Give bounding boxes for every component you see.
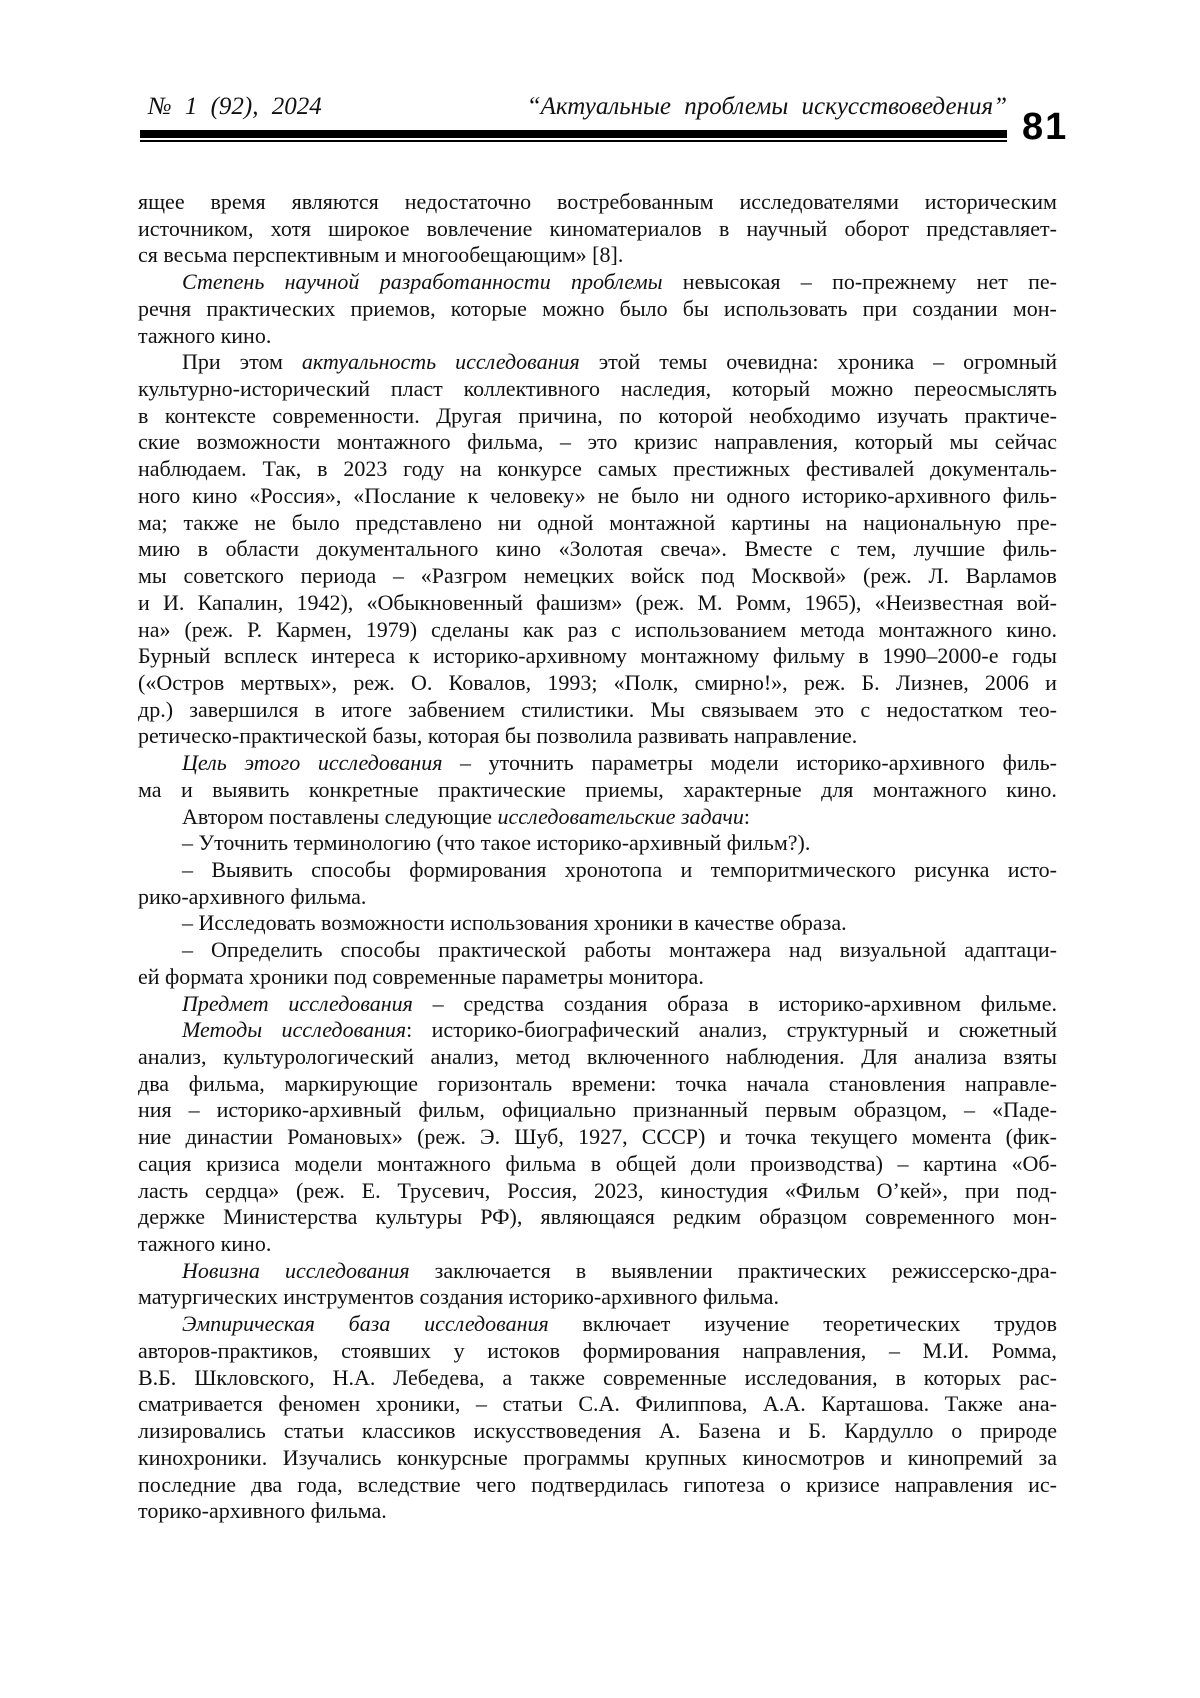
word: феномен xyxy=(278,1391,360,1418)
word: и xyxy=(181,777,193,804)
word: стоявших xyxy=(341,1338,431,1365)
word: Эмпирическая xyxy=(182,1311,315,1338)
text-line: на»(реж.Р.Кармен,1979)сделаныкакразсиспо… xyxy=(138,617,1057,644)
word: за xyxy=(1039,1445,1057,1472)
word: первым xyxy=(765,1097,837,1124)
text-line: кинохроники.Изучалиськонкурсныепрограммы… xyxy=(138,1445,1057,1472)
word: реж. xyxy=(353,670,394,697)
word: которых xyxy=(924,1365,1001,1392)
word: культурологический xyxy=(223,1044,414,1071)
word: Новизна xyxy=(182,1258,260,1285)
word: по-прежнему xyxy=(832,269,956,296)
word: пре- xyxy=(1017,510,1057,537)
word: к xyxy=(409,643,420,670)
word: направления xyxy=(895,1472,1013,1499)
text-line: Предметисследования–средствасозданияобра… xyxy=(138,991,1057,1018)
word: направления, xyxy=(743,1338,867,1365)
text-line: Приэтомактуальностьисследованияэтойтемыо… xyxy=(138,349,1057,376)
word: авторов-практиков, xyxy=(138,1338,318,1365)
word: филь- xyxy=(1003,536,1057,563)
text-line: иИ.Капалин,1942),«Обыкновенныйфашизм»(ре… xyxy=(138,590,1057,617)
word: Предмет xyxy=(182,991,269,1018)
word: структурный xyxy=(787,1017,908,1044)
word: производства) xyxy=(750,1151,883,1178)
text-line: маивыявитьконкретныепрактическиеприемы,х… xyxy=(138,777,1057,804)
word: можно xyxy=(831,376,893,403)
word: практических xyxy=(738,1258,867,1285)
word: (реж. xyxy=(863,563,912,590)
word: «Паде- xyxy=(992,1097,1057,1124)
word: Р. xyxy=(247,617,262,644)
word: держке xyxy=(138,1204,205,1231)
word: (реж. xyxy=(296,1178,345,1205)
word: хотя xyxy=(271,216,311,243)
word: Также xyxy=(945,1391,1003,1418)
text-line: Новизнаисследованиязаключаетсяввыявлении… xyxy=(138,1258,1057,1285)
word: мы xyxy=(138,563,167,590)
text-line: культурно-историческийпластколлективного… xyxy=(138,376,1057,403)
word: историко-архивному xyxy=(433,643,627,670)
word: режиссерско-дра- xyxy=(892,1258,1057,1285)
word: завершился xyxy=(189,697,298,724)
text-line: мысоветскогопериода–«Разгромнемецкихвойс… xyxy=(138,563,1057,590)
word: коллективного xyxy=(464,376,600,403)
word: статьи xyxy=(284,1418,344,1445)
word: классиков xyxy=(362,1418,456,1445)
word: «Обыкновенный xyxy=(367,590,523,617)
word: кинохроники. xyxy=(138,1445,267,1472)
word: и xyxy=(138,590,150,617)
text-line: Эмпирическаябазаисследованиявключаетизуч… xyxy=(138,1311,1057,1338)
word: Вместе xyxy=(744,536,812,563)
text-line: ся весьма перспективным и многообещающим… xyxy=(138,242,1057,269)
word: И. xyxy=(163,590,184,617)
word: модели xyxy=(711,750,779,777)
word: и xyxy=(720,1124,732,1151)
text-line: –Выявитьспособыформированияхронотопаитем… xyxy=(138,857,1057,884)
word: начала xyxy=(747,1071,809,1098)
word: фильма xyxy=(506,1151,577,1178)
word: – xyxy=(898,1151,909,1178)
word: статьи xyxy=(503,1391,563,1418)
word: Ромм, xyxy=(736,590,792,617)
word: – xyxy=(933,349,944,376)
word: бы xyxy=(683,296,709,323)
word: советского xyxy=(183,563,283,590)
word: включает xyxy=(583,1311,671,1338)
word: создании xyxy=(912,296,997,323)
word: образа xyxy=(667,991,728,1018)
word: этой xyxy=(599,349,641,376)
italic-text-segment: исследовательские задачи xyxy=(498,804,744,829)
word: под- xyxy=(1016,1178,1057,1205)
word: ящее xyxy=(138,189,185,216)
word: забвением xyxy=(408,697,505,724)
word: хроники, xyxy=(376,1391,461,1418)
word: 1993; xyxy=(547,670,597,697)
word: использовать xyxy=(724,296,848,323)
text-segment: тажного кино. xyxy=(138,1231,271,1256)
word: рисунка xyxy=(914,857,989,884)
text-line: торико-архивного фильма. xyxy=(138,1498,1057,1525)
word: фильме. xyxy=(981,991,1057,1018)
word: Лизнев, xyxy=(896,670,969,697)
word: научной xyxy=(285,269,360,296)
text-line: Бурныйвсплескинтересакисторико-архивному… xyxy=(138,643,1057,670)
word: было xyxy=(620,296,668,323)
word: точка xyxy=(676,1071,727,1098)
word: точка xyxy=(746,1124,797,1151)
word: которой xyxy=(658,403,732,430)
word: 2023 xyxy=(343,456,387,483)
word: включенного xyxy=(587,1044,710,1071)
word: О’кей», xyxy=(877,1178,948,1205)
word: чего xyxy=(476,1472,516,1499)
word: способы xyxy=(340,937,420,964)
word: др.) xyxy=(138,697,173,724)
word: Лебедева, xyxy=(393,1365,484,1392)
word: монтажного xyxy=(337,429,451,456)
word: причина, xyxy=(518,403,602,430)
word: этом xyxy=(240,349,283,376)
word: теоретических xyxy=(823,1311,960,1338)
word: сейчас xyxy=(995,429,1057,456)
word: и xyxy=(680,857,692,884)
word: возможности xyxy=(197,429,321,456)
text-line: ластьсердца»(реж.Е.Трусевич,Россия,2023,… xyxy=(138,1178,1057,1205)
word: нет xyxy=(977,269,1008,296)
text-line: Методыисследования:историко-биографическ… xyxy=(138,1017,1057,1044)
word: Шуб, xyxy=(514,1124,564,1151)
word: кино. xyxy=(1006,777,1057,804)
text-segment: – Уточнить терминологию (что такое истор… xyxy=(182,830,810,855)
word: культуры xyxy=(376,1204,463,1231)
word: и xyxy=(1045,670,1057,697)
text-line: ретическо-практической базы, которая бы … xyxy=(138,723,1057,750)
word: Э. xyxy=(480,1124,500,1151)
word: метода xyxy=(800,617,864,644)
word: также xyxy=(530,1365,585,1392)
word: монтажного xyxy=(873,777,987,804)
word: искусствоведения xyxy=(473,1418,641,1445)
word: человеку» xyxy=(490,483,586,510)
word: самых xyxy=(598,456,658,483)
word: М. xyxy=(697,590,722,617)
header-issue-label: № 1 (92), 2024 xyxy=(148,92,322,122)
word: исследования, xyxy=(745,1365,878,1392)
text-line: рико-архивного фильма. xyxy=(138,884,1057,911)
word: в xyxy=(858,643,868,670)
word: – xyxy=(189,1097,200,1124)
word: Карташова. xyxy=(821,1391,929,1418)
word: фестивалей xyxy=(806,456,914,483)
word: киноматериалов xyxy=(550,216,702,243)
word: года, xyxy=(297,1472,342,1499)
word: формирования xyxy=(409,857,546,884)
word: модели xyxy=(294,1151,362,1178)
word: раз xyxy=(568,617,597,644)
word: адаптаци- xyxy=(964,937,1057,964)
text-segment: – Исследовать возможности использования … xyxy=(182,910,847,935)
word: Выявить xyxy=(211,857,292,884)
word: выявить xyxy=(212,777,289,804)
word: картина xyxy=(923,1151,997,1178)
word: современности. xyxy=(272,403,419,430)
word: ласть xyxy=(138,1178,188,1205)
text-line: авторов-практиков,стоявшихуистоковформир… xyxy=(138,1338,1057,1365)
word: к xyxy=(467,483,478,510)
word: характерные xyxy=(683,777,801,804)
text-line: сматриваетсяфеноменхроники,–статьиС.А.Фи… xyxy=(138,1391,1057,1418)
word: представляет- xyxy=(926,216,1057,243)
word: под xyxy=(701,563,734,590)
text-line: др.)завершилсявитогезабвениемстилистики.… xyxy=(138,697,1057,724)
word: (реж. xyxy=(184,617,233,644)
word: культурно-исторический xyxy=(138,376,370,403)
word: доли xyxy=(691,1151,736,1178)
word: ис- xyxy=(1028,1472,1057,1499)
word: одной xyxy=(537,510,593,537)
word: «Об- xyxy=(1012,1151,1057,1178)
word: момента xyxy=(912,1124,992,1151)
word: пе- xyxy=(1028,269,1057,296)
word: (фик- xyxy=(1006,1124,1057,1151)
word: 1979) xyxy=(366,617,417,644)
word: общей xyxy=(616,1151,677,1178)
word: сматривается xyxy=(138,1391,263,1418)
word: Для xyxy=(861,1044,897,1071)
word: ма; xyxy=(138,510,168,537)
word: наследия, xyxy=(621,376,711,403)
word: работы xyxy=(584,937,651,964)
word: недостатком xyxy=(886,697,1003,724)
word: М.И. xyxy=(923,1338,969,1365)
word: историко-архивном xyxy=(778,991,961,1018)
word: – xyxy=(801,269,812,296)
word: приемы, xyxy=(585,777,664,804)
word: гипотеза xyxy=(683,1472,764,1499)
word: мертвых», xyxy=(240,670,337,697)
word: Бурный xyxy=(138,643,210,670)
word: Изучались xyxy=(283,1445,382,1472)
text-line: источником,хотяширокоевовлечениекиномате… xyxy=(138,216,1057,243)
word: исследователями xyxy=(739,189,898,216)
word: необходимо xyxy=(749,403,860,430)
word: интереса xyxy=(311,643,395,670)
text-line: ма;такженебылопредставленониодноймонтажн… xyxy=(138,510,1057,537)
word: историко-архивного xyxy=(802,483,991,510)
word: огромный xyxy=(963,349,1057,376)
word: приемов, xyxy=(350,296,435,323)
word: «Россия», xyxy=(249,483,341,510)
word: уточнить xyxy=(489,750,574,777)
word: исследования xyxy=(288,991,413,1018)
word: официально xyxy=(502,1097,616,1124)
word: образцом xyxy=(759,1204,847,1231)
word: кинопремий xyxy=(908,1445,1023,1472)
word: (реж. xyxy=(417,1124,466,1151)
word: – xyxy=(182,937,193,964)
word: направле- xyxy=(965,1071,1057,1098)
word: который xyxy=(732,376,810,403)
word: – xyxy=(476,1391,487,1418)
text-line: – Исследовать возможности использования … xyxy=(138,910,1057,937)
word: вой- xyxy=(1017,590,1057,617)
word: В.Б. xyxy=(138,1365,176,1392)
word: Ковалов, xyxy=(449,670,532,697)
word: это xyxy=(588,429,618,456)
word: свеча». xyxy=(660,536,727,563)
word: являющаяся xyxy=(540,1204,654,1231)
document-page: № 1 (92), 2024 “Актуальные проблемы иску… xyxy=(0,0,1200,1698)
word: редким xyxy=(673,1204,741,1231)
text-segment: ей формата хроники под современные парам… xyxy=(138,964,704,989)
word: фашизм» xyxy=(536,590,622,617)
word: у xyxy=(454,1338,465,1365)
word: практических xyxy=(206,296,335,323)
word: Определить xyxy=(211,937,323,964)
word: СССР) xyxy=(642,1124,706,1151)
word: Н.А. xyxy=(333,1365,376,1392)
word: Цель xyxy=(182,750,227,777)
header-rule-thick-line xyxy=(140,130,1007,138)
text-segment: торико-архивного фильма. xyxy=(138,1498,387,1523)
word: и xyxy=(928,1017,940,1044)
word: ма xyxy=(138,777,162,804)
word: параметры xyxy=(591,750,693,777)
word: ские xyxy=(138,429,180,456)
text-line: матургических инструментов создания исто… xyxy=(138,1284,1057,1311)
word: Россия, xyxy=(507,1178,577,1205)
word: С.А. xyxy=(578,1391,620,1418)
word: в xyxy=(591,1151,601,1178)
word: как xyxy=(523,617,554,644)
word: тео- xyxy=(1019,697,1057,724)
word: заключается xyxy=(435,1258,551,1285)
header-rule-thin-line xyxy=(140,140,1007,142)
text-segment: ретическо-практической базы, которая бы … xyxy=(138,723,857,748)
word: фильма, xyxy=(467,429,543,456)
word: время xyxy=(210,189,265,216)
word: в xyxy=(198,536,208,563)
word: (реж. xyxy=(635,590,684,617)
word: мон- xyxy=(1013,296,1057,323)
word: сация xyxy=(138,1151,191,1178)
word: являются xyxy=(292,189,379,216)
word: в xyxy=(317,456,327,483)
text-line: скиевозможностимонтажногофильма,–этокриз… xyxy=(138,429,1057,456)
word: изучение xyxy=(704,1311,789,1338)
word: году xyxy=(403,456,444,483)
word: оборот xyxy=(845,216,910,243)
word: Л. xyxy=(929,563,949,590)
word: очевидна: xyxy=(726,349,818,376)
word: формирования xyxy=(583,1338,720,1365)
word: Б. xyxy=(808,1418,826,1445)
word: хроника xyxy=(838,349,915,376)
word: ни xyxy=(498,510,522,537)
word: ния xyxy=(138,1097,172,1124)
word: актуальность xyxy=(302,349,436,376)
word: национальную xyxy=(863,510,1001,537)
word: трудов xyxy=(994,1311,1057,1338)
word: историко-архивного xyxy=(796,750,985,777)
word: который xyxy=(855,429,933,456)
word: признанный xyxy=(633,1097,748,1124)
word: на xyxy=(460,456,482,483)
word: картины xyxy=(731,510,810,537)
word: документаль- xyxy=(930,456,1057,483)
page-number: 81 xyxy=(1022,106,1068,148)
word: 1942), xyxy=(296,590,353,617)
word: исследования xyxy=(285,1258,410,1285)
word: темы xyxy=(659,349,707,376)
text-line: ния–историко-архивныйфильм,официальнопри… xyxy=(138,1097,1057,1124)
word: с xyxy=(830,536,840,563)
word: Варламов xyxy=(966,563,1057,590)
word: сердца» xyxy=(205,1178,279,1205)
word: мию xyxy=(138,536,180,563)
word: над xyxy=(789,937,822,964)
word: истоков xyxy=(487,1338,560,1365)
text-line: («Островмертвых»,реж.О.Ковалов,1993;«Пол… xyxy=(138,670,1057,697)
word: невысокая xyxy=(683,269,781,296)
word: Мы xyxy=(651,697,685,724)
word: – xyxy=(560,429,571,456)
word: А.А. xyxy=(763,1391,806,1418)
word: всплеск xyxy=(224,643,298,670)
word: «Золотая xyxy=(559,536,643,563)
word: последние xyxy=(138,1472,236,1499)
word: изучать xyxy=(877,403,948,430)
word: – xyxy=(182,857,193,884)
word: в xyxy=(895,1365,905,1392)
word: практические xyxy=(438,777,566,804)
word: сюжетный xyxy=(959,1017,1057,1044)
word: при xyxy=(965,1178,1000,1205)
word: «Полк, xyxy=(614,670,679,697)
word: создания xyxy=(564,991,648,1018)
word: с xyxy=(611,617,621,644)
word: недостаточно xyxy=(405,189,531,216)
word: анализа xyxy=(914,1044,987,1071)
word: анализ, xyxy=(138,1044,206,1071)
text-line: двафильма,маркирующиегоризонтальвремени:… xyxy=(138,1071,1057,1098)
word: Кармен, xyxy=(276,617,352,644)
word: исто- xyxy=(1008,857,1057,884)
word: Трусевич, xyxy=(397,1178,490,1205)
word: в xyxy=(748,991,758,1018)
word: исследования xyxy=(455,349,580,376)
word: монтажного xyxy=(879,617,993,644)
word: этого xyxy=(244,750,300,777)
word: представлено xyxy=(356,510,482,537)
word: – xyxy=(393,563,404,590)
word: кино xyxy=(496,536,541,563)
word: – xyxy=(889,1338,900,1365)
word: 1965), xyxy=(805,590,862,617)
word: средства xyxy=(463,991,544,1018)
word: Б. xyxy=(862,670,880,697)
text-segment: рико-архивного фильма. xyxy=(138,884,366,909)
word: историко-биографический xyxy=(432,1017,680,1044)
word: вследствие xyxy=(358,1472,461,1499)
word: кино. xyxy=(1006,617,1057,644)
word: «Фильм xyxy=(785,1178,860,1205)
word: 1990–2000-е xyxy=(882,643,998,670)
word: горизонталь xyxy=(438,1071,552,1098)
text-segment: ся весьма перспективным и многообещающим… xyxy=(138,242,623,267)
